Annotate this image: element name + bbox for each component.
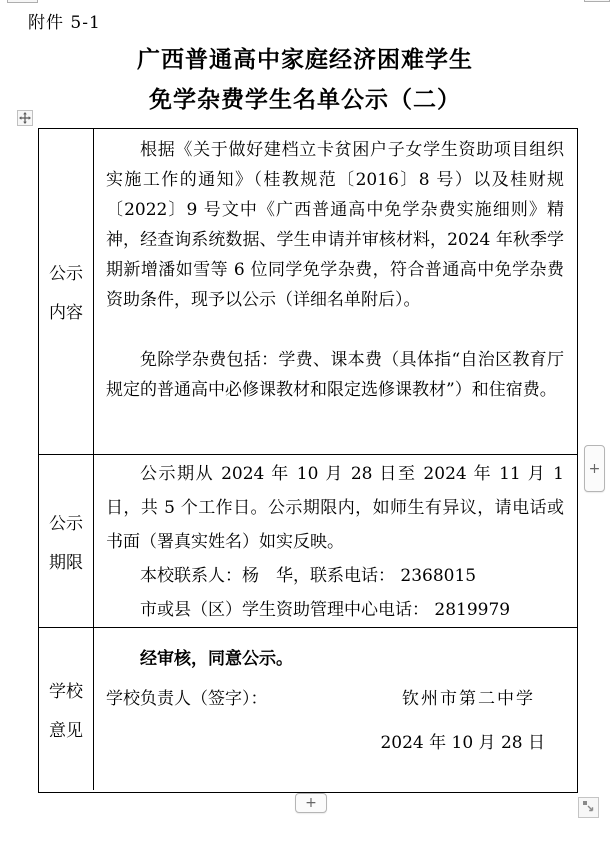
school-contact-line: 本校联系人：杨 华，联系电话： 2368015 — [106, 559, 564, 593]
row-label-school-opinion[interactable]: 学校 意见 — [39, 628, 94, 790]
signature-label: 学校负责人（签字）： — [106, 688, 268, 710]
insert-column-button[interactable]: + — [584, 445, 605, 492]
cropped-control-top-left — [7, 0, 38, 3]
opinion-date: 2024 年 10 月 28 日 — [106, 732, 577, 754]
table-resize-handle[interactable] — [578, 797, 599, 818]
table-row: 学校 意见 经审核，同意公示。 学校负责人（签字）： 钦州市第二中学 2024 … — [39, 628, 577, 790]
school-name: 钦州市第二中学 — [402, 688, 535, 710]
notice-content-cell[interactable]: 根据《关于做好建档立卡贫困户子女学生资助项目组织实施工作的通知》（桂教规范〔20… — [94, 129, 577, 454]
page-title-line2: 免学杂费学生名单公示（二） — [0, 81, 610, 114]
notice-period-cell[interactable]: 公示期从 2024 年 10 月 28 日至 2024 年 11 月 1 日，共… — [94, 455, 577, 628]
signature-row: 学校负责人（签字）： 钦州市第二中学 — [106, 688, 577, 710]
attachment-label: 附件 5-1 — [28, 8, 101, 33]
table-row: 公示 内容 根据《关于做好建档立卡贫困户子女学生资助项目组织实施工作的通知》（桂… — [39, 129, 577, 455]
row-label-text: 期限 — [49, 548, 83, 573]
cropped-control-top-right — [584, 0, 610, 2]
move-cross-icon — [19, 109, 31, 128]
row-label-text: 内容 — [49, 298, 83, 323]
school-opinion-cell[interactable]: 经审核，同意公示。 学校负责人（签字）： 钦州市第二中学 2024 年 10 月… — [94, 628, 577, 790]
row-label-notice-content[interactable]: 公示 内容 — [39, 129, 94, 454]
notice-content-paragraph-2: 免除学杂费包括：学费、课本费（具体指“自治区教育厅规定的普通高中必修课教材和限定… — [106, 345, 564, 405]
aid-center-phone-line: 市或县（区）学生资助管理中心电话： 2819979 — [106, 593, 564, 627]
insert-row-button[interactable]: + — [295, 793, 327, 813]
row-label-text: 公示 — [49, 259, 83, 284]
notice-content-paragraph-1: 根据《关于做好建档立卡贫困户子女学生资助项目组织实施工作的通知》（桂教规范〔20… — [106, 135, 564, 315]
row-label-text: 意见 — [49, 716, 83, 741]
row-label-notice-period[interactable]: 公示 期限 — [39, 455, 94, 628]
approval-statement: 经审核，同意公示。 — [106, 648, 577, 670]
document-page: { "document": { "attachment_label": "附件 … — [0, 0, 610, 850]
table-move-handle[interactable] — [17, 110, 33, 126]
row-label-text: 公示 — [49, 509, 83, 534]
row-label-text: 学校 — [49, 677, 83, 702]
table-row: 公示 期限 公示期从 2024 年 10 月 28 日至 2024 年 11 月… — [39, 455, 577, 629]
notice-table: 公示 内容 根据《关于做好建档立卡贫困户子女学生资助项目组织实施工作的通知》（桂… — [38, 128, 578, 793]
notice-period-paragraph: 公示期从 2024 年 10 月 28 日至 2024 年 11 月 1 日，共… — [106, 457, 564, 559]
page-title-line1: 广西普通高中家庭经济困难学生 — [0, 41, 610, 74]
resize-diagonal-icon — [582, 798, 595, 817]
